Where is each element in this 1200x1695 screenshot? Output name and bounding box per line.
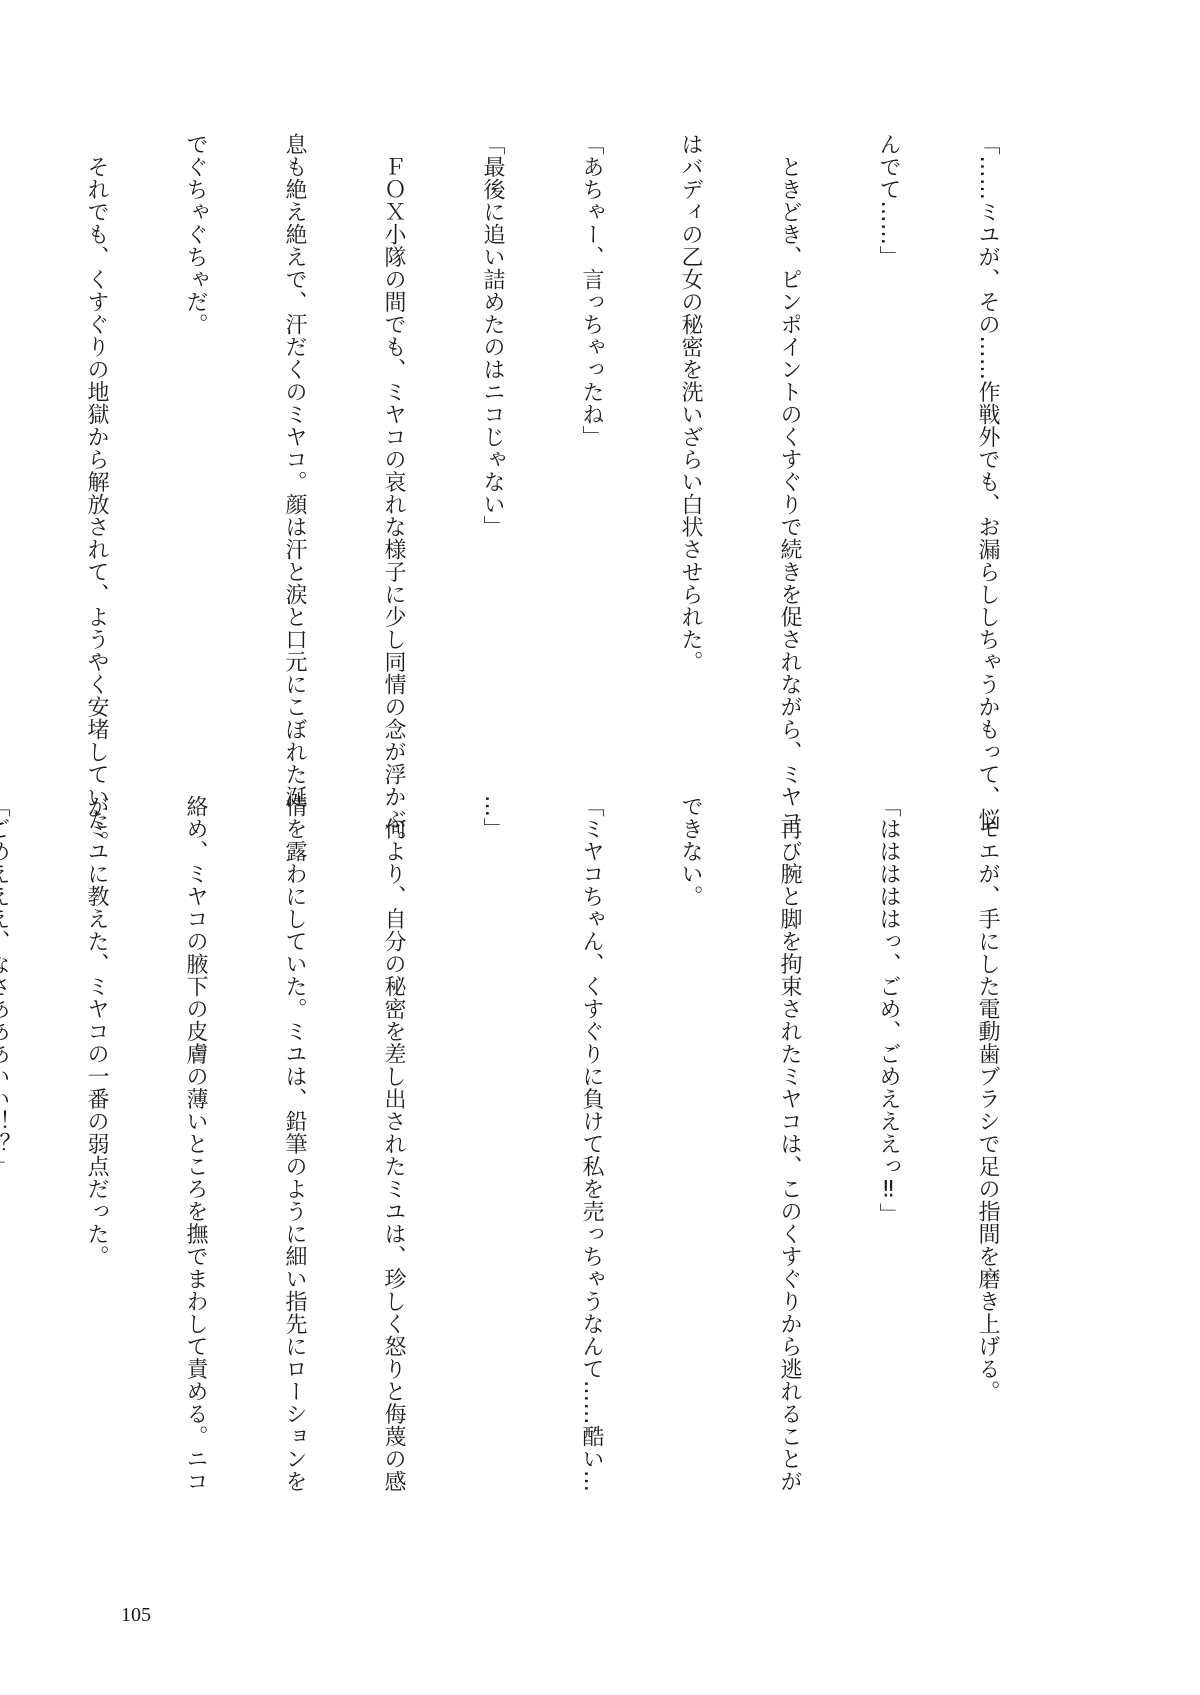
text-line: それでも、くすぐりの地獄から解放されて、ようやく安堵していた。	[80, 133, 113, 773]
document-page: 「……ミユが、その……作戦外でも、お漏らししちゃうかもって、悩 んでて……」 と…	[0, 0, 1200, 1695]
page-number: 105	[121, 1604, 151, 1627]
text-line: 再び腕と脚を拘束されたミヤコは、このくすぐりから逃れることが	[773, 795, 806, 1585]
text-line: 「ミヤコちゃん、くすぐりに負けて私を売っちゃうなんて……酷い…	[575, 795, 608, 1585]
text-line: できない。	[674, 795, 707, 1585]
text-line: 何より、自分の秘密を差し出されたミユは、珍しく怒りと侮蔑の感	[377, 795, 410, 1585]
text-line: でぐちゃぐちゃだ。	[179, 133, 212, 773]
text-line: はバディの乙女の秘密を洗いざらい白状させられた。	[674, 133, 707, 773]
text-block-lower: モエが、手にした電動歯ブラシで足の指間を磨き上げる。 「はははははっ、ごめ、ごめ…	[0, 795, 1070, 1585]
text-line: モエが、手にした電動歯ブラシで足の指間を磨き上げる。	[971, 795, 1004, 1585]
text-line: 「ごめえええ、なさあああいい！？」	[0, 795, 14, 1585]
text-line: 「はははははっ、ごめ、ごめえええっ‼」	[872, 795, 905, 1585]
text-line: 「最後に追い詰めたのはニコじゃない」	[476, 133, 509, 773]
text-line: …」	[476, 795, 509, 1585]
text-line: 「……ミユが、その……作戦外でも、お漏らししちゃうかもって、悩	[971, 133, 1004, 773]
text-line: 絡め、ミヤコの腋下の皮膚の薄いところを撫でまわして責める。ニコ	[179, 795, 212, 1585]
text-block-upper: 「……ミユが、その……作戦外でも、お漏らししちゃうかもって、悩 んでて……」 と…	[0, 133, 1070, 773]
text-line: ときどき、ピンポイントのくすぐりで続きを促されながら、ミヤコ	[773, 133, 806, 773]
text-line: ＦＯＸ小隊の間でも、ミヤコの哀れな様子に少し同情の念が浮かぶ。	[377, 133, 410, 773]
blank-line	[0, 133, 14, 773]
text-line: 息も絶え絶えで、汗だくのミヤコ。顔は汗と涙と口元にこぼれた涎	[278, 133, 311, 773]
text-line: んでて……」	[872, 133, 905, 773]
text-line: 情を露わにしていた。ミユは、鉛筆のように細い指先にローションを	[278, 795, 311, 1585]
text-line: 「あちゃー、言っちゃったね」	[575, 133, 608, 773]
text-line: がミユに教えた、ミヤコの一番の弱点だった。	[80, 795, 113, 1585]
